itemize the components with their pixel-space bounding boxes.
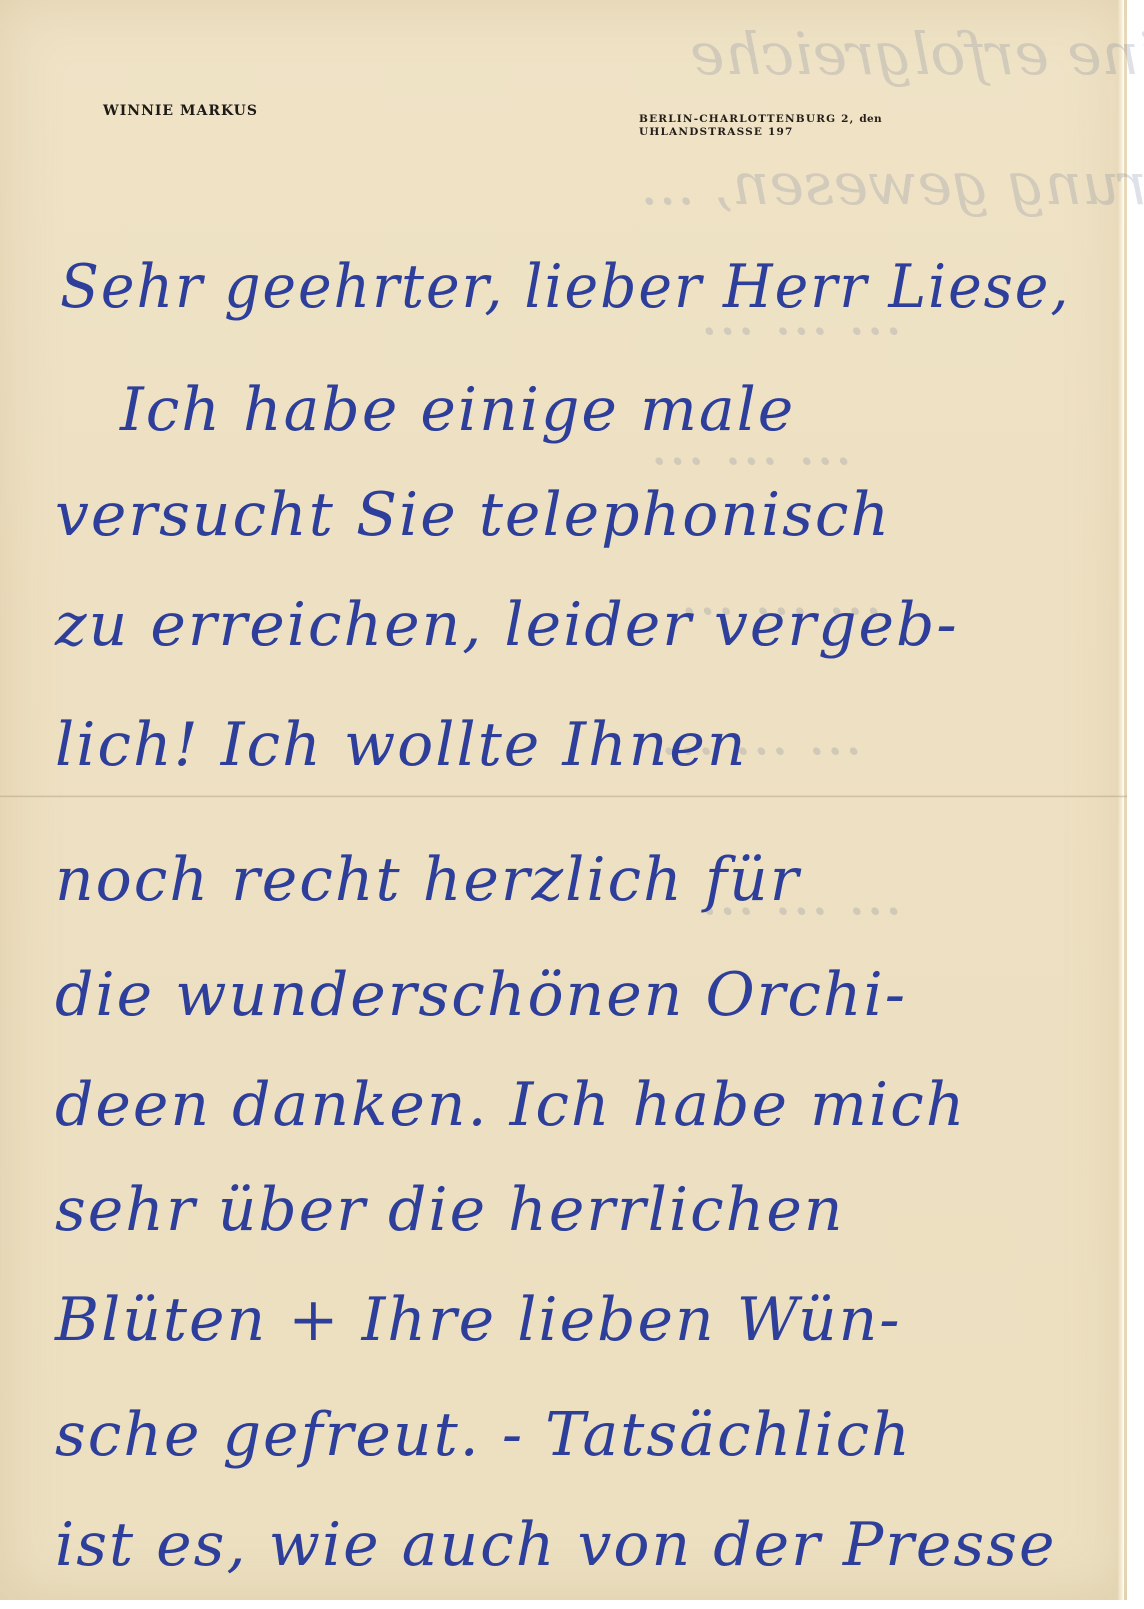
address-den: den — [859, 113, 882, 125]
letter-line: ist es, wie auch von der Presse — [55, 1510, 1057, 1580]
letter-line: lich! Ich wollte Ihnen — [55, 710, 748, 780]
paper-fold-line — [0, 795, 1127, 798]
letter-line: zu erreichen, leider vergeb- — [55, 590, 959, 660]
letterhead-name: WINNIE MARKUS — [103, 103, 258, 119]
letter-line: versucht Sie telephonisch — [55, 480, 891, 550]
letter-line: sehr über die herrlichen — [55, 1175, 844, 1245]
letter-line: deen danken. Ich habe mich — [55, 1070, 966, 1140]
bleed-through-line: ... hätte eine erfolgreiche — [690, 20, 1144, 88]
letter-line: noch recht herzlich für — [55, 845, 800, 915]
paper-edge — [1118, 0, 1124, 1600]
letter-line: sche gefreut. - Tatsächlich — [55, 1400, 912, 1470]
letter-paper — [0, 0, 1127, 1600]
letter-line: Blüten + Ihre lieben Wün- — [55, 1285, 902, 1355]
letterhead-address: BERLIN-CHARLOTTENBURG 2, den UHLANDSTRAS… — [639, 113, 882, 139]
letter-line: Ich habe einige male — [120, 375, 795, 445]
letter-line: die wunderschönen Orchi- — [55, 960, 907, 1030]
address-line-1: BERLIN-CHARLOTTENBURG 2, — [639, 113, 855, 125]
letter-salutation: Sehr geehrter, lieber Herr Liese, — [60, 252, 1070, 322]
bleed-through-line: Aufführung gewesen, ... — [640, 150, 1144, 218]
address-line-2: UHLANDSTRASSE 197 — [639, 126, 882, 139]
